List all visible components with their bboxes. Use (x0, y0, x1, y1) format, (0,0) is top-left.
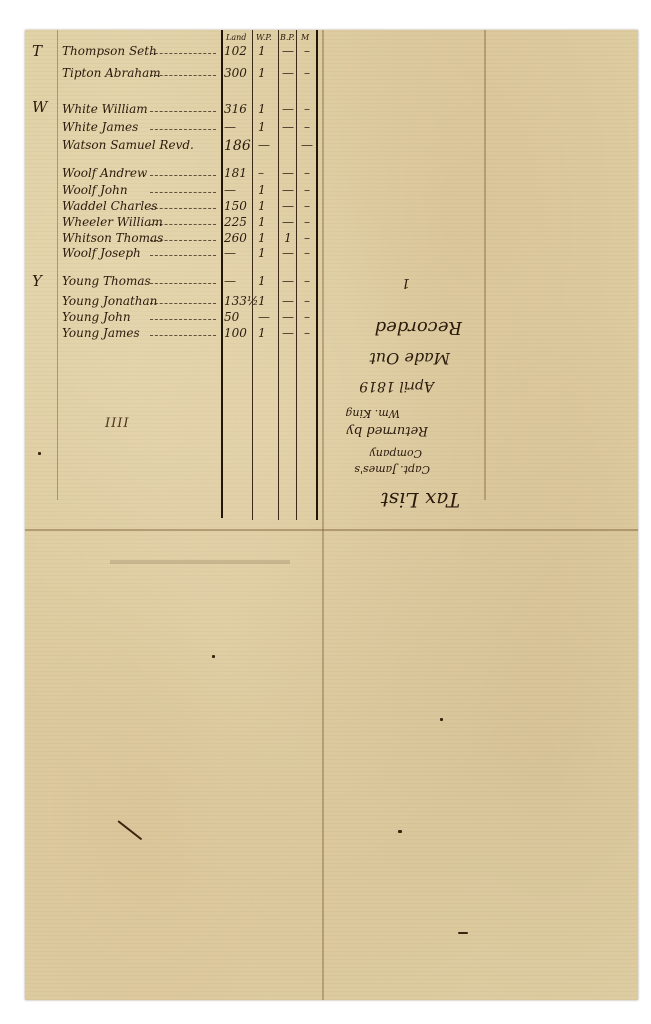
row-land: 133½ (224, 294, 252, 308)
row-leader (150, 283, 216, 284)
column-header-m: M (301, 33, 309, 42)
row-land: 316 (224, 102, 252, 116)
row-leader (150, 192, 216, 193)
row-wp: 1 (258, 102, 274, 116)
row-land: 181 (224, 166, 252, 180)
row-name: Young John (62, 310, 131, 324)
row-name: Woolf Andrew (62, 166, 147, 180)
row-land: — (224, 274, 252, 288)
row-bp: — (280, 310, 296, 324)
row-m: – (300, 326, 314, 340)
ink-dot (212, 655, 215, 658)
row-wp: 1 (258, 44, 274, 58)
row-bp: — (280, 102, 296, 116)
row-leader (150, 303, 216, 304)
row-name: Watson Samuel Revd. (62, 138, 194, 152)
row-name: Wheeler William (62, 215, 163, 229)
row-leader (150, 319, 216, 320)
row-name: Woolf John (62, 183, 128, 197)
row-name: Tipton Abraham (62, 66, 161, 80)
ledger-row: Tipton Abraham 300 1 — – (0, 66, 330, 84)
row-m: – (300, 231, 314, 245)
row-leader (150, 208, 216, 209)
row-wp: 1 (258, 199, 274, 213)
row-land: 225 (224, 215, 252, 229)
row-bp: — (280, 326, 296, 340)
column-header-bp: B.P. (280, 33, 295, 42)
row-name: Whitson Thomas (62, 231, 163, 245)
row-land: — (224, 120, 252, 134)
docket-line-returned: Returned by (347, 423, 428, 438)
ink-dot (38, 452, 41, 455)
row-land: — (224, 183, 252, 197)
row-m: – (300, 183, 314, 197)
row-wp: 1 (258, 183, 274, 197)
row-m: – (300, 199, 314, 213)
row-wp: 1 (258, 120, 274, 134)
row-land: 100 (224, 326, 252, 340)
row-leader (150, 129, 216, 130)
row-wp: 1 (258, 66, 274, 80)
row-m: – (300, 274, 314, 288)
row-leader (150, 53, 216, 54)
row-m: – (300, 215, 314, 229)
row-m: – (300, 102, 314, 116)
column-header-wp: W.P. (256, 33, 272, 42)
row-wp: 1 (258, 326, 274, 340)
row-wp: — (258, 138, 274, 152)
column-header-land: Land (226, 33, 246, 42)
ledger-row: White William 316 1 — – (0, 102, 330, 120)
row-bp: 1 (280, 231, 296, 245)
row-leader (150, 224, 216, 225)
row-bp: — (280, 66, 296, 80)
row-land: 260 (224, 231, 252, 245)
ledger-row: Woolf Joseph — 1 — – (0, 246, 330, 264)
docket-line-date: April 1819 (359, 378, 434, 394)
row-bp: — (280, 215, 296, 229)
row-leader (150, 75, 216, 76)
docket-line-recorded: Recorded (375, 317, 462, 338)
docket-line-company: Company (370, 447, 422, 460)
row-land: 102 (224, 44, 252, 58)
ledger-row: Thompson Seth 102 1 — – (0, 44, 330, 62)
ledger-margin-line (57, 30, 58, 500)
row-wp: 1 (258, 274, 274, 288)
row-wp: — (258, 310, 274, 324)
row-leader (150, 255, 216, 256)
docket-number: 1 (402, 275, 410, 290)
row-land: 50 (224, 310, 252, 324)
row-bp: — (280, 166, 296, 180)
ledger-row: Young Thomas — 1 — – (0, 274, 330, 292)
row-m: – (300, 246, 314, 260)
stray-tally-mark: IIII (105, 416, 130, 431)
row-name: Woolf Joseph (62, 246, 141, 260)
row-wp: 1 (258, 294, 274, 308)
row-name: White William (62, 102, 148, 116)
row-name: Thompson Seth (62, 44, 157, 58)
ink-dot (440, 718, 443, 721)
ledger-row: Young James 100 1 — – (0, 326, 330, 344)
row-bp: — (280, 120, 296, 134)
row-land: — (224, 246, 252, 260)
row-name: Young James (62, 326, 140, 340)
row-m: — (300, 138, 314, 152)
row-land: 300 (224, 66, 252, 80)
row-m: – (300, 166, 314, 180)
docket-line-made-out: Made Out (369, 349, 450, 368)
row-wp: 1 (258, 215, 274, 229)
row-m: – (300, 294, 314, 308)
row-bp: — (280, 44, 296, 58)
row-wp: 1 (258, 246, 274, 260)
row-bp: — (280, 274, 296, 288)
ledger-row: Watson Samuel Revd. 186 — — (0, 138, 330, 156)
row-name: White James (62, 120, 138, 134)
row-name: Waddel Charles (62, 199, 157, 213)
row-wp: 1 (258, 231, 274, 245)
ink-dot (398, 830, 402, 833)
row-m: – (300, 44, 314, 58)
docket-endorsement: Tax List Capt. James's Company Returned … (330, 250, 480, 520)
row-land: 150 (224, 199, 252, 213)
row-wp: – (258, 166, 274, 180)
row-leader (150, 240, 216, 241)
docket-line-assessor: Wm. King (345, 407, 400, 420)
ledger-row: White James — 1 — – (0, 120, 330, 138)
row-bp: — (280, 294, 296, 308)
docket-title: Tax List (381, 488, 460, 512)
row-bp: — (280, 246, 296, 260)
row-m: – (300, 310, 314, 324)
row-name: Young Jonathan (62, 294, 157, 308)
row-m: – (300, 66, 314, 80)
row-name: Young Thomas (62, 274, 151, 288)
docket-line-captain: Capt. James's (354, 463, 430, 476)
ink-dash (458, 932, 468, 934)
row-leader (150, 175, 216, 176)
row-bp: — (280, 199, 296, 213)
tax-ledger: Land W.P. B.P. M T Thompson Seth 102 1 —… (0, 0, 651, 1024)
row-m: – (300, 120, 314, 134)
row-leader (150, 111, 216, 112)
ledger-row: Woolf Andrew 181 – — – (0, 166, 330, 184)
row-bp: — (280, 183, 296, 197)
row-leader (150, 335, 216, 336)
row-land: 186 (224, 138, 252, 154)
faded-bleed-through-text (110, 560, 290, 564)
